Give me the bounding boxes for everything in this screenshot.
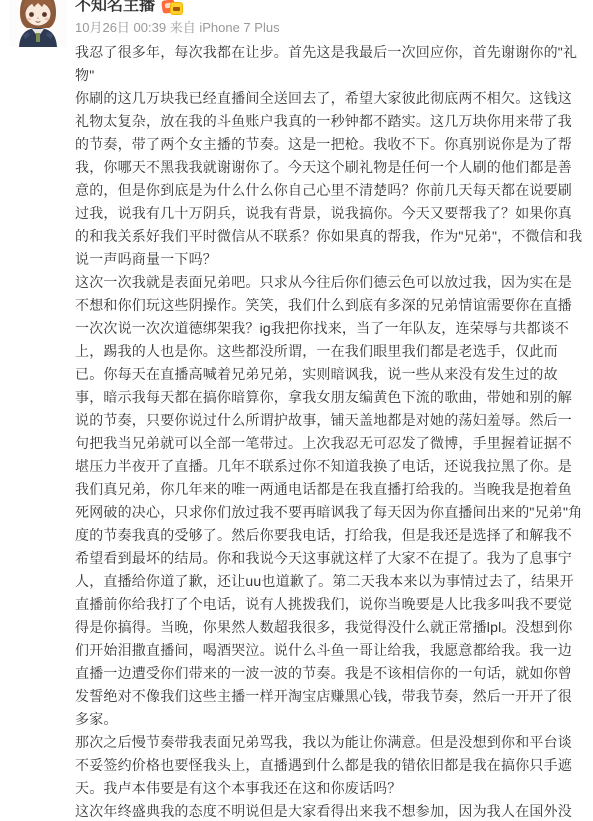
- post-header: 不知名主播 10月26日 00:39 来自 iPhone 7 Plus: [0, 0, 593, 46]
- member-level-badge-icon[interactable]: [170, 2, 183, 15]
- username[interactable]: 不知名主播: [75, 0, 155, 15]
- badges: [162, 0, 183, 13]
- post-paragraph: 你刷的这几万块我已经直播间全送回去了，希望大家彼此彻底两不相欠。这钱这礼物太复杂…: [75, 87, 583, 271]
- post-paragraph: 这次年终盛典我的态度不明说但是大家看得出来我不想参加，因为我人在国外没: [75, 800, 583, 821]
- post-timestamp: 10月26日 00:39: [75, 20, 166, 35]
- name-row: 不知名主播: [75, 0, 183, 15]
- avatar[interactable]: [9, 0, 67, 47]
- source-label: 来自: [170, 20, 196, 35]
- post-meta: 10月26日 00:39 来自 iPhone 7 Plus: [75, 20, 280, 36]
- post-source-link[interactable]: iPhone 7 Plus: [199, 20, 279, 35]
- post-paragraph: 我忍了很多年，每次我都在让步。首先这是我最后一次回应你，首先谢谢你的"礼物": [75, 41, 583, 87]
- avatar-image: [9, 0, 67, 47]
- post-paragraph: 这次一次我就是表面兄弟吧。只求从今往后你们德云色可以放过我，因为实在是不想和你们…: [75, 271, 583, 731]
- post-paragraph: 那次之后慢节奏带我表面兄弟骂我，我以为能让你满意。但是没想到你和平台谈不妥签约价…: [75, 731, 583, 800]
- post-text: 我忍了很多年，每次我都在让步。首先这是我最后一次回应你，首先谢谢你的"礼物" 你…: [75, 41, 583, 821]
- weibo-post: 不知名主播 10月26日 00:39 来自 iPhone 7 Plus 我忍了很…: [0, 0, 593, 821]
